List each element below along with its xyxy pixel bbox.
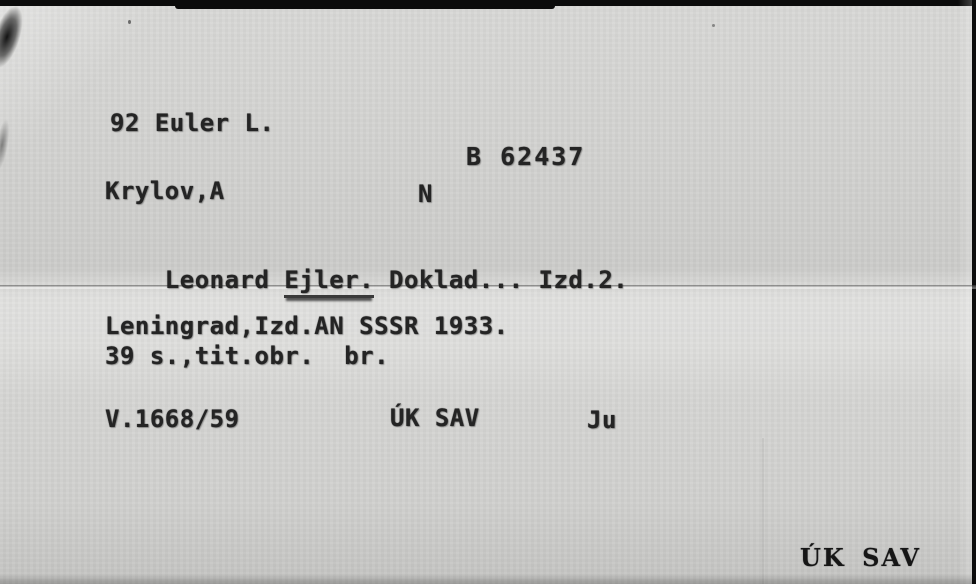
call-number: B 62437 — [466, 144, 585, 170]
right-paper-edge-highlight — [958, 0, 972, 584]
catalog-card-scan: 92 Euler L. B 62437 Krylov,A N Leonard E… — [0, 0, 976, 584]
title-line: Leonard Ejler. Doklad... Izd.2. — [105, 241, 628, 319]
top-scan-border-thick — [175, 0, 555, 9]
right-scan-border — [972, 0, 976, 584]
secondary-author: Krylov,A — [105, 178, 225, 204]
size-letter: N — [418, 181, 433, 207]
accession-number: V.1668/59 — [105, 406, 240, 432]
title-prefix: Leonard — [165, 266, 285, 294]
collation-line: 39 s.,tit.obr. br. — [105, 343, 389, 369]
imprint-line: Leningrad,Izd.AN SSSR 1933. — [105, 313, 509, 339]
library-stamp: ÚK SAV — [800, 545, 921, 571]
title-underlined: Ejler. — [284, 266, 374, 298]
cataloguer-initials: Ju — [587, 407, 617, 433]
bottom-edge-shadow — [0, 574, 976, 584]
paper-crease — [762, 438, 764, 584]
title-suffix: Doklad... Izd.2. — [374, 266, 628, 294]
ink-speck — [128, 20, 131, 24]
ink-speck — [712, 24, 715, 27]
holding-library-typed: ÚK SAV — [390, 405, 480, 431]
card-heading: 92 Euler L. — [110, 110, 274, 136]
